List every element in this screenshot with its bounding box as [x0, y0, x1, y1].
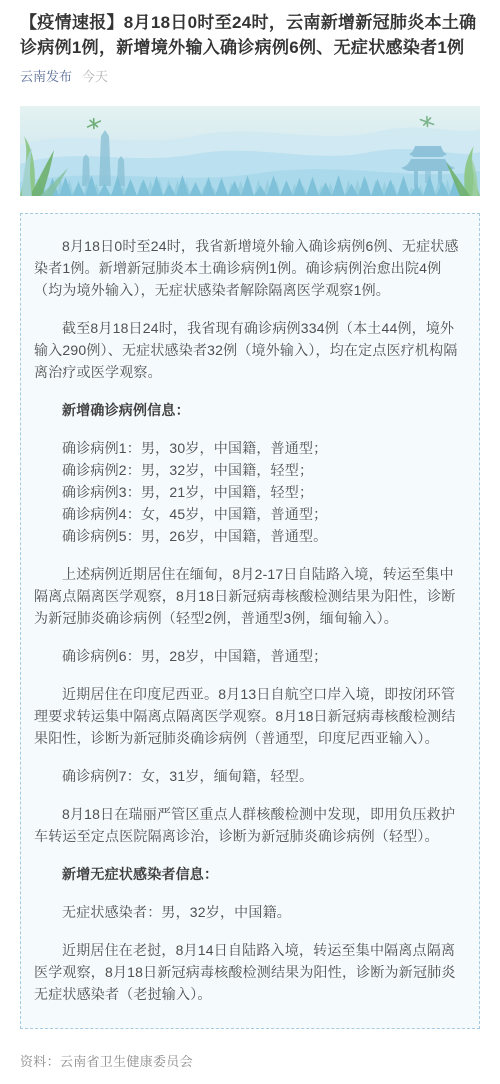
page-title: 【疫情速报】8月18日0时至24时，云南新增新冠肺炎本土确诊病例1例，新增境外输… [20, 10, 480, 60]
case-line: 确诊病例5：男，26岁，中国籍，普通型。 [34, 525, 466, 547]
article-paragraph: 确诊病例7：女，31岁，缅甸籍，轻型。 [34, 765, 466, 787]
case-line: 确诊病例2：男，32岁，中国籍，轻型； [34, 459, 466, 481]
case-line: 确诊病例3：男，21岁，中国籍，轻型； [34, 481, 466, 503]
article-paragraph: 8月18日在瑞丽严管区重点人群核酸检测中发现，即用负压救护车转运至定点医院隔离诊… [34, 803, 466, 847]
article-paragraph: 确诊病例1：男，30岁，中国籍，普通型；确诊病例2：男，32岁，中国籍，轻型；确… [34, 437, 466, 547]
article-paragraph: 确诊病例6：男，28岁，中国籍，普通型； [34, 645, 466, 667]
case-line: 确诊病例4：女，45岁，中国籍，普通型； [34, 503, 466, 525]
article-page: 【疫情速报】8月18日0时至24时，云南新增新冠肺炎本土确诊病例1例，新增境外输… [0, 0, 500, 1084]
byline: 云南发布 今天 [20, 66, 480, 85]
banner-illustration [20, 106, 480, 196]
article-body: 8月18日0时至24时，我省新增境外输入确诊病例6例、无症状感染者1例。新增新冠… [20, 213, 480, 1029]
account-name-link[interactable]: 云南发布 [20, 66, 72, 85]
banner-svg [20, 106, 480, 196]
article-paragraph: 近期居住在老挝，8月14日自陆路入境，转运至集中隔离点隔离医学观察，8月18日新… [34, 939, 466, 1005]
source-footer: 资料：云南省卫生健康委员会 [20, 1051, 480, 1070]
article-paragraph: 上述病例近期居住在缅甸，8月2-17日自陆路入境，转运至集中隔离点隔离医学观察，… [34, 563, 466, 629]
section-heading: 新增无症状感染者信息： [34, 863, 466, 885]
article-paragraph: 8月18日0时至24时，我省新增境外输入确诊病例6例、无症状感染者1例。新增新冠… [34, 235, 466, 301]
article-paragraph: 无症状感染者：男，32岁，中国籍。 [34, 901, 466, 923]
section-heading: 新增确诊病例信息： [34, 399, 466, 421]
article-paragraph: 截至8月18日24时，我省现有确诊病例334例（本土44例，境外输入290例）、… [34, 317, 466, 383]
article-paragraph: 近期居住在印度尼西亚。8月13日自航空口岸入境，即按闭环管理要求转运集中隔离点隔… [34, 683, 466, 749]
case-line: 确诊病例1：男，30岁，中国籍，普通型； [34, 437, 466, 459]
publish-date: 今天 [82, 66, 108, 85]
